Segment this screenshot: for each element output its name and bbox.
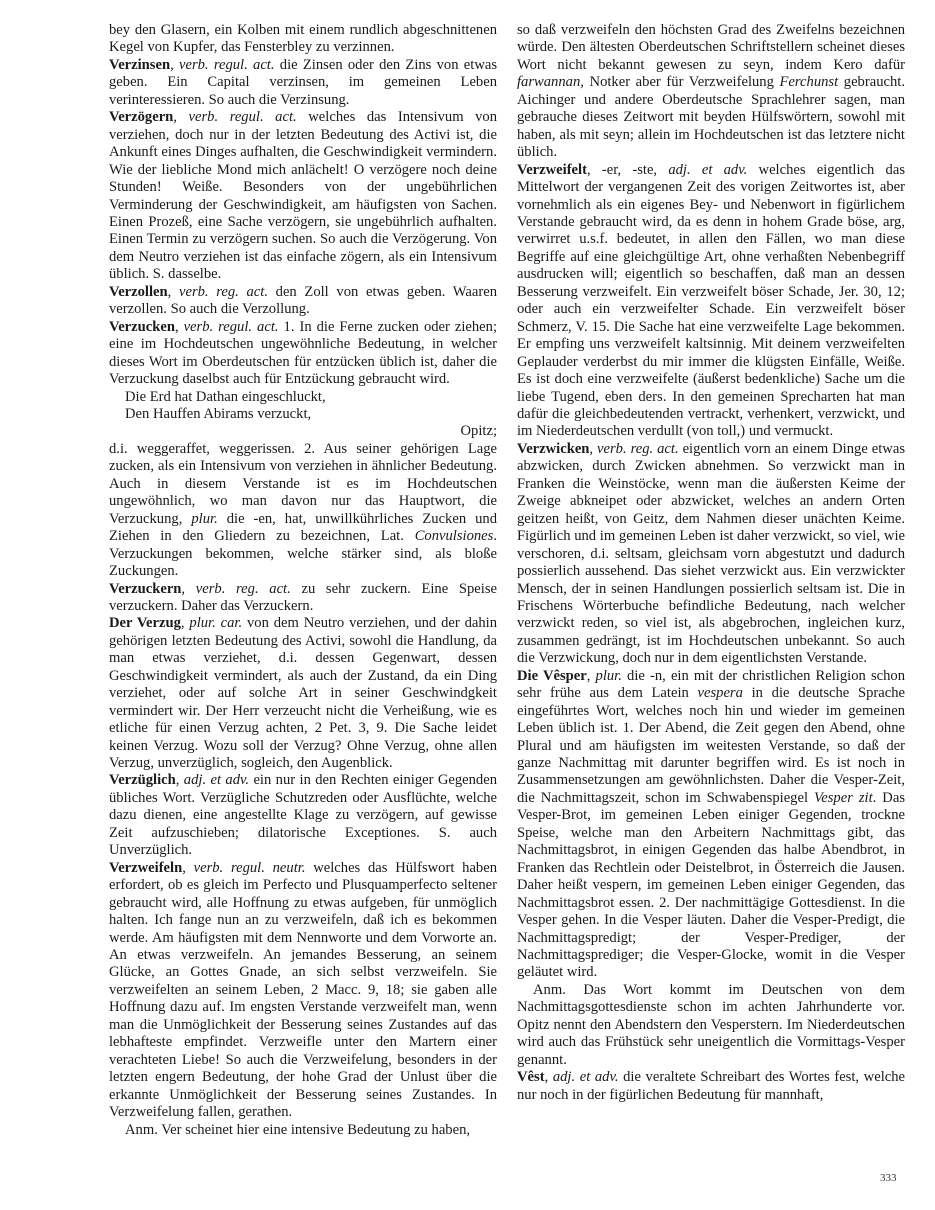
grammar-label: plur. bbox=[596, 668, 622, 684]
entry-body: den Zoll von etwas geben. Waaren verzoll… bbox=[109, 284, 497, 317]
headword: Verzwicken bbox=[517, 441, 589, 457]
entry-body: . Das Vesper-Brot, im gemeinen Leben ein… bbox=[517, 790, 905, 981]
headword: Der Verzug bbox=[109, 615, 181, 631]
annotation-note: Anm. Das Wort kommt im Deutschen von dem… bbox=[517, 982, 905, 1069]
grammar-label: verb. reg. act. bbox=[597, 441, 679, 457]
headword: Verzucken bbox=[109, 319, 175, 335]
grammar-label: adj. et adv. bbox=[668, 162, 747, 178]
grammar-label: verb. regul. act. bbox=[189, 109, 297, 125]
entry-body: eigentlich vorn an einem Dinge etwas abz… bbox=[517, 441, 905, 666]
left-column: bey den Glasern, ein Kolben mit einem ru… bbox=[109, 22, 497, 1139]
headword: Verzinsen bbox=[109, 57, 170, 73]
entry-der-verzug: Der Verzug, plur. car. von dem Neutro ve… bbox=[109, 615, 497, 772]
old-term: Ferchunst bbox=[780, 74, 839, 90]
entry-verzweifeln: Verzweifeln, verb. regul. neutr. welches… bbox=[109, 860, 497, 1122]
grammar-label: verb. regul. act. bbox=[184, 319, 279, 335]
old-term: farwannan, bbox=[517, 74, 584, 90]
grammar-label: adj. et adv. bbox=[553, 1069, 619, 1085]
continuation-text: so daß verzweifeln den höchsten Grad des… bbox=[517, 22, 905, 162]
entry-verzuckern: Verzuckern, verb. reg. act. zu sehr zuck… bbox=[109, 581, 497, 616]
continuation-text: bey den Glasern, ein Kolben mit einem ru… bbox=[109, 22, 497, 57]
grammar-label: adj. et adv. bbox=[184, 772, 249, 788]
continuation-body: bey den Glasern, ein Kolben mit einem ru… bbox=[109, 22, 497, 55]
entry-verzweifelt: Verzweifelt, -er, -ste, adj. et adv. wel… bbox=[517, 162, 905, 441]
grammar-label: plur. bbox=[191, 511, 217, 527]
annotation-note: Anm. Ver scheinet hier eine intensive Be… bbox=[109, 1122, 497, 1139]
headword: Die Vêsper bbox=[517, 668, 587, 684]
headword: Verzollen bbox=[109, 284, 168, 300]
entry-body: Notker aber für Verzweifelung bbox=[590, 74, 774, 90]
dictionary-page: bey den Glasern, ein Kolben mit einem ru… bbox=[0, 0, 935, 1210]
entry-verzwicken: Verzwicken, verb. reg. act. eigentlich v… bbox=[517, 441, 905, 668]
grammar-label: verb. reg. act. bbox=[196, 581, 291, 597]
grammar-label: verb. regul. act. bbox=[179, 57, 275, 73]
entry-body: welches eigentlich das Mittelwort der ve… bbox=[517, 162, 905, 440]
entry-body: in die deutsche Sprache eingeführtes Wor… bbox=[517, 685, 905, 806]
entry-verzucken-continued: d.i. weggeraffet, weggerissen. 2. Aus se… bbox=[109, 441, 497, 581]
verse-line: Den Hauffen Abirams verzuckt, bbox=[109, 406, 497, 423]
headword: Verzweifelt bbox=[517, 162, 587, 178]
latin-term: Convulsiones bbox=[415, 528, 494, 544]
entry-verzollen: Verzollen, verb. reg. act. den Zoll von … bbox=[109, 284, 497, 319]
verse-line: Die Erd hat Dathan eingeschluckt, bbox=[109, 389, 497, 406]
right-column: so daß verzweifeln den höchsten Grad des… bbox=[517, 22, 905, 1104]
grammar-label: verb. reg. act. bbox=[179, 284, 268, 300]
entry-verzinsen: Verzinsen, verb. regul. act. die Zinsen … bbox=[109, 57, 497, 109]
word-forms: , -er, -ste, bbox=[587, 162, 657, 178]
grammar-label: plur. car. bbox=[189, 615, 242, 631]
entry-verzueglich: Verzüglich, adj. et adv. ein nur in den … bbox=[109, 772, 497, 859]
entry-die-vesper: Die Vêsper, plur. die -n, ein mit der ch… bbox=[517, 668, 905, 982]
headword: Verzuckern bbox=[109, 581, 181, 597]
entry-body: so daß verzweifeln den höchsten Grad des… bbox=[517, 22, 905, 73]
verse-attribution: Opitz; bbox=[109, 423, 497, 440]
entry-vest: Vêst, adj. et adv. die veraltete Schreib… bbox=[517, 1069, 905, 1104]
headword: Verzweifeln bbox=[109, 860, 182, 876]
entry-body: welches das Hülfswort haben erfordert, o… bbox=[109, 860, 497, 1120]
grammar-label: verb. regul. neutr. bbox=[194, 860, 306, 876]
entry-verzucken: Verzucken, verb. regul. act. 1. In die F… bbox=[109, 319, 497, 389]
latin-term: vespera bbox=[698, 685, 743, 701]
entry-verzoegern: Verzögern, verb. regul. act. welches das… bbox=[109, 109, 497, 284]
page-number: 333 bbox=[880, 1172, 897, 1184]
entry-body: welches das Intensivum von verziehen, do… bbox=[109, 109, 497, 282]
headword: Verzögern bbox=[109, 109, 173, 125]
old-term: Vesper zit bbox=[814, 790, 873, 806]
entry-body: von dem Neutro verziehen, und der dahin … bbox=[109, 615, 497, 771]
headword: Vêst bbox=[517, 1069, 545, 1085]
headword: Verzüglich bbox=[109, 772, 176, 788]
